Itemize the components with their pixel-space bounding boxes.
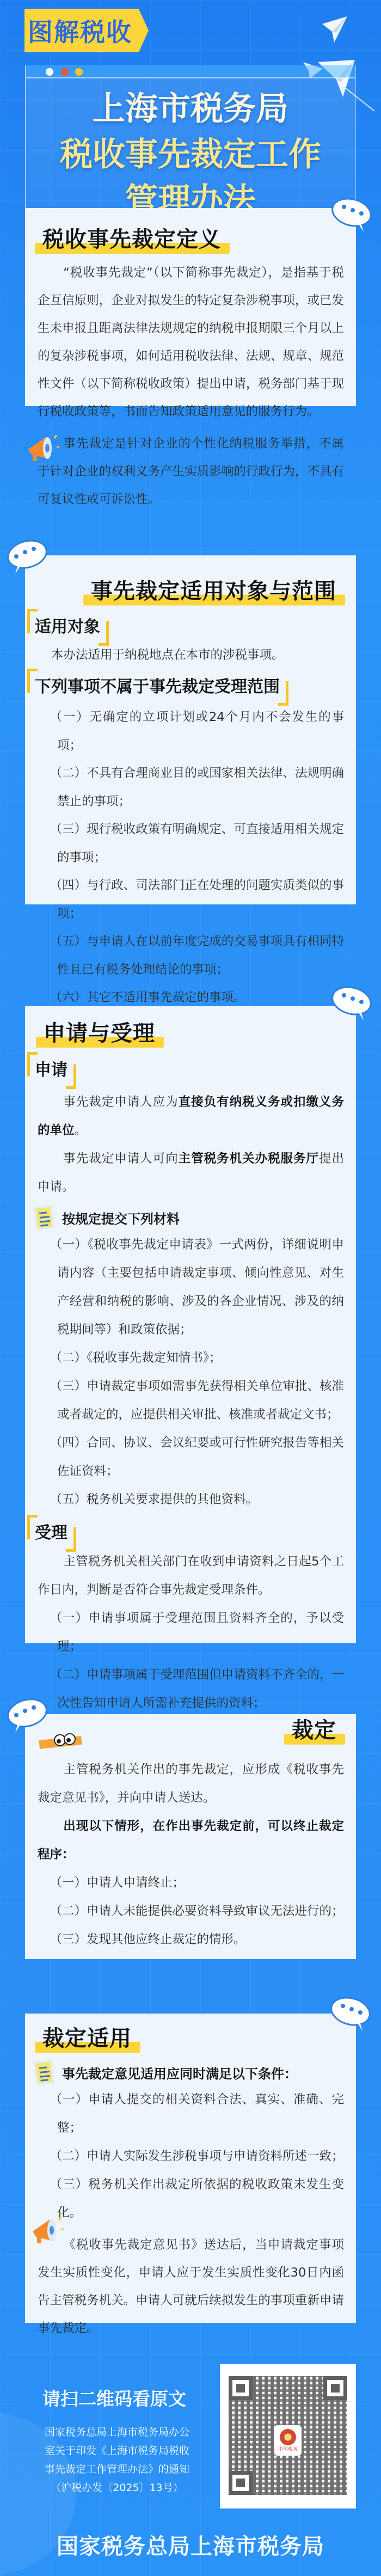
excluded-item: （四）与行政、司法部门正在处理的问题实质类似的事项； xyxy=(38,872,344,928)
accept-item: （一）申请事项属于受理范围且资料齐全的，予以受理； xyxy=(38,1604,344,1661)
definition-title: 税收事先裁定定义 xyxy=(38,224,225,255)
condition-item: （一）申请人提交的相关资料合法、真实、准确、完整； xyxy=(38,2085,344,2142)
tax-emblem-icon: 中国税务 xyxy=(274,2425,302,2456)
scope-card: 事先裁定适用对象与范围 适用对象 本办法适用于纳税地点在本市的涉税事项。 下列事… xyxy=(25,555,356,904)
title-line-2: 税收事先裁定工作 xyxy=(26,132,355,178)
document-reference: 国家税务总局上海市税务局办公 室关于印发《上海市税务局税收 事先裁定工作管理办法… xyxy=(22,2423,212,2497)
chat-bubble-icon xyxy=(1,1698,49,1734)
ruling-title: 裁定 xyxy=(287,1715,341,1746)
accept-heading: 受理 xyxy=(27,1515,76,1547)
excluded-item: （三）现行税收政策有明确规定、可直接适用相关规定的事项； xyxy=(38,816,344,872)
document-icon xyxy=(35,2061,53,2084)
termination-item: （二）申请人未能提供必要资料导致审议无法进行的； xyxy=(38,1897,344,1925)
materials-list: （一）《税收事先裁定申请表》一式两份，详细说明申请内容（主要包括申请裁定事项、倾… xyxy=(25,1231,356,1514)
page-title: 上海市税务局 税收事先裁定工作 管理办法 xyxy=(26,86,355,223)
document-icon xyxy=(35,1206,53,1229)
ruling-paragraph-2: 出现以下情形，在作出事先裁定前，可以终止裁定程序： xyxy=(25,1812,356,1869)
window-bar xyxy=(26,65,355,78)
window-dot-yellow xyxy=(75,68,83,76)
excluded-item: （二）不具有合理商业目的或国家相关法律、法规明确禁止的事项； xyxy=(38,760,344,816)
applicable-text: 本办法适用于纳税地点在本市的涉税事项。 xyxy=(25,641,356,669)
material-item: （一）《税收事先裁定申请表》一式两份，详细说明申请内容（主要包括申请裁定事项、倾… xyxy=(38,1231,344,1344)
megaphone-icon xyxy=(25,433,60,467)
termination-list: （一）申请人申请终止； （二）申请人未能提供必要资料导致审议无法进行的； （三）… xyxy=(25,1869,356,1954)
megaphone-icon xyxy=(29,2215,64,2249)
conditions-subheading: 事先裁定意见适用应同时满足以下条件： xyxy=(25,2061,356,2083)
chat-bubble-icon xyxy=(329,1996,377,2032)
badge-text: 图解税收 xyxy=(28,13,132,48)
excluded-item: （一）无确定的立项计划或24个月内不会发生的事项； xyxy=(38,703,344,760)
scope-title: 事先裁定适用对象与范围 xyxy=(87,576,341,607)
material-item: （四）合同、协议、会议纪要或可行性研究报告等相关佐证资料； xyxy=(38,1429,344,1485)
applicability-card: 裁定适用 事先裁定意见适用应同时满足以下条件： （一）申请人提交的相关资料合法、… xyxy=(25,2014,356,2323)
apply-heading: 申请 xyxy=(27,1052,76,1085)
eyes-icon xyxy=(39,1730,83,1752)
condition-item: （三）税务机关作出裁定所依据的税收政策未发生变化。 xyxy=(38,2170,344,2227)
material-item: （二）《税收事先裁定知情书》； xyxy=(38,1344,344,1372)
excluded-list: （一）无确定的立项计划或24个月内不会发生的事项； （二）不具有合理商业目的或国… xyxy=(25,703,356,1012)
definition-paragraph-1: “税收事先裁定”（以下简称事先裁定），是指基于税企互信原则，企业对拟发生的特定复… xyxy=(25,259,356,426)
application-card: 申请与受理 申请 事先裁定申请人应为直接负有纳税义务或扣缴义务的单位。 事先裁定… xyxy=(25,1006,356,1643)
materials-subheading: 按规定提交下列材料 xyxy=(25,1207,356,1228)
accept-item: （二）申请事项属于受理范围但申请资料不齐全的，一次性告知申请人所需补充提供的资料… xyxy=(38,1661,344,1717)
chat-bubble-icon xyxy=(1,539,49,575)
paper-plane-icon xyxy=(321,15,348,44)
definition-card: 税收事先裁定定义 “税收事先裁定”（以下简称事先裁定），是指基于税企互信原则，企… xyxy=(25,208,356,406)
excluded-heading: 下列事项不属于事先裁定受理范围 xyxy=(27,669,288,701)
apply-paragraph-2: 事先裁定申请人可向主管税务机关办税服务厅提出申请。 xyxy=(25,1145,356,1201)
chat-bubble-icon xyxy=(330,197,378,233)
ruling-paragraph-1: 主管税务机关作出的事先裁定，应形成《税收事先裁定意见书》，并向申请人送达。 xyxy=(25,1755,356,1812)
conditions-list: （一）申请人提交的相关资料合法、真实、准确、完整； （二）申请人实际发生涉税事项… xyxy=(25,2085,356,2227)
header-badge: 图解税收 xyxy=(24,9,149,52)
accept-paragraph: 主管税务机关相关部门在收到申请资料之日起5个工作日内，判断是否符合事先裁定受理条… xyxy=(25,1547,356,1604)
scan-qr-title: 请扫二维码看原文 xyxy=(33,2385,196,2410)
application-title: 申请与受理 xyxy=(39,1018,159,1049)
termination-item: （三）发现其他应终止裁定的情形。 xyxy=(38,1925,344,1954)
apply-paragraph-1: 事先裁定申请人应为直接负有纳税义务或扣缴义务的单位。 xyxy=(25,1088,356,1145)
termination-item: （一）申请人申请终止； xyxy=(38,1869,344,1897)
ruling-card: 裁定 主管税务机关作出的事先裁定，应形成《税收事先裁定意见书》，并向申请人送达。… xyxy=(25,1714,356,1959)
definition-paragraph-2: 事先裁定是针对企业的个性化纳税服务举措，不属于针对企业的权利义务产生实质影响的行… xyxy=(25,430,356,513)
title-line-1: 上海市税务局 xyxy=(26,86,355,132)
chat-bubble-icon xyxy=(330,986,378,1021)
material-item: （三）申请裁定事项如需事先获得相关单位审批、核准或者裁定的，应提供相关审批、核准… xyxy=(38,1372,344,1429)
applicable-heading: 适用对象 xyxy=(27,609,109,641)
condition-item: （二）申请人实际发生涉税事项与申请资料所述一致； xyxy=(38,2142,344,2170)
window-dot-white xyxy=(46,68,53,76)
excluded-item: （五）与申请人在以前年度完成的交易事项具有相同特性且已有税务处理结论的事项； xyxy=(38,928,344,984)
material-item: （五）税务机关要求提供的其他资料。 xyxy=(38,1485,344,1514)
window-dot-red xyxy=(61,68,69,76)
applicability-title: 裁定适用 xyxy=(38,2023,136,2054)
qr-code-pattern: 中国税务 xyxy=(229,2376,347,2495)
applicability-note: 《税收事先裁定意见书》送达后，当申请裁定事项发生实质性变化，申请人应于发生实质性… xyxy=(25,2231,356,2342)
qr-code[interactable]: 中国税务 xyxy=(220,2364,356,2508)
footer-organization: 国家税务总局上海市税务局 xyxy=(0,2529,381,2560)
infographic-page: 图解税收 上海市税务局 税收事先裁定工作 管理办法 税收事先裁定定义 “税收事先… xyxy=(0,0,381,2576)
